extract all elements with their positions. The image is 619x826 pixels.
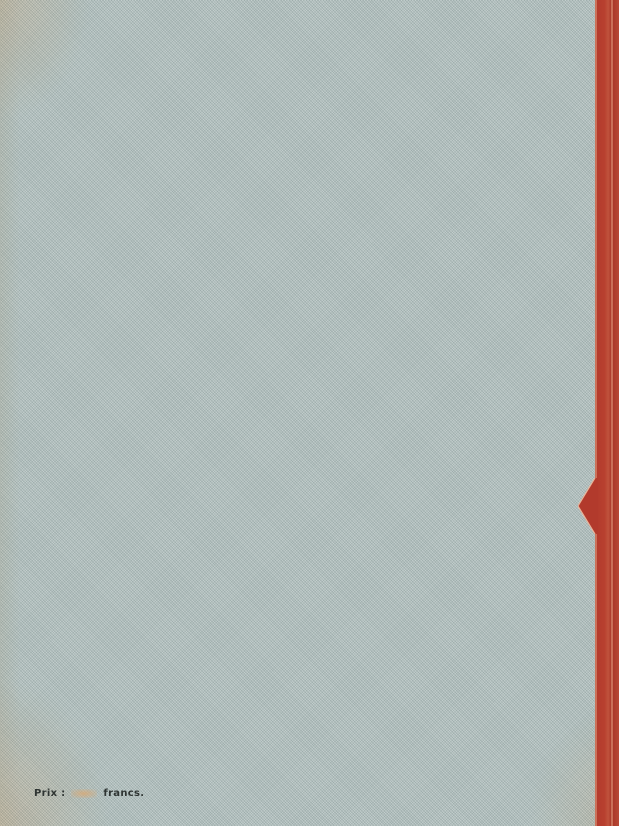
price-amount-blank [71,789,97,798]
book-spine [595,0,619,826]
price-label: Prix : [34,788,65,799]
spine-notch [578,478,598,534]
price-line: Prix :francs. [34,788,144,799]
spine-edge-line [611,0,613,826]
book-back-cover: Prix :francs. [0,0,619,826]
price-currency: francs. [103,788,144,799]
